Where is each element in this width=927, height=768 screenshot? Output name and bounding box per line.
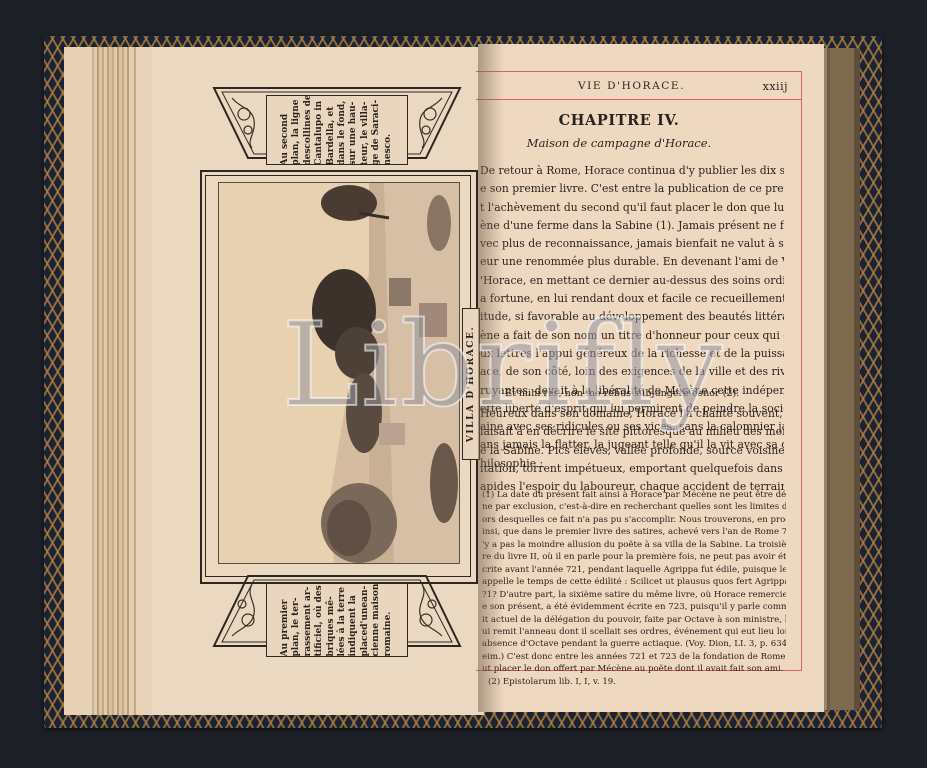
caption-bottom-text: Au premier plan, le ter- rassement ar- t… [280, 584, 394, 657]
engraving-image [219, 183, 459, 563]
running-head: VIE D'HORACE. xxiij [478, 78, 788, 96]
right-page-edges [824, 48, 860, 710]
footnotes: (1) La date du présent fait ainsi à Hora… [482, 489, 786, 688]
latin-quote: Et mihi res, non me rebus subjungere con… [505, 388, 739, 399]
page-number: xxiij [763, 80, 788, 93]
plate-caption-top: Au second plan, la ligne descollines de … [266, 95, 408, 165]
plate-caption-bottom: Au premier plan, le ter- rassement ar- t… [266, 583, 408, 657]
chapter-title: CHAPITRE IV. [478, 112, 760, 129]
chapter-subtitle: Maison de campagne d'Horace. [478, 136, 760, 150]
running-head-title: VIE D'HORACE. [578, 80, 685, 92]
page-edges [64, 47, 152, 715]
red-header-rule [476, 99, 801, 100]
landscape-engraving [218, 182, 460, 564]
gutter-shadow [478, 44, 504, 712]
paragraph-2: Heureux dans son domaine, Horace l'a cha… [480, 405, 784, 496]
caption-top-text: Au second plan, la ligne descollines de … [280, 95, 394, 165]
